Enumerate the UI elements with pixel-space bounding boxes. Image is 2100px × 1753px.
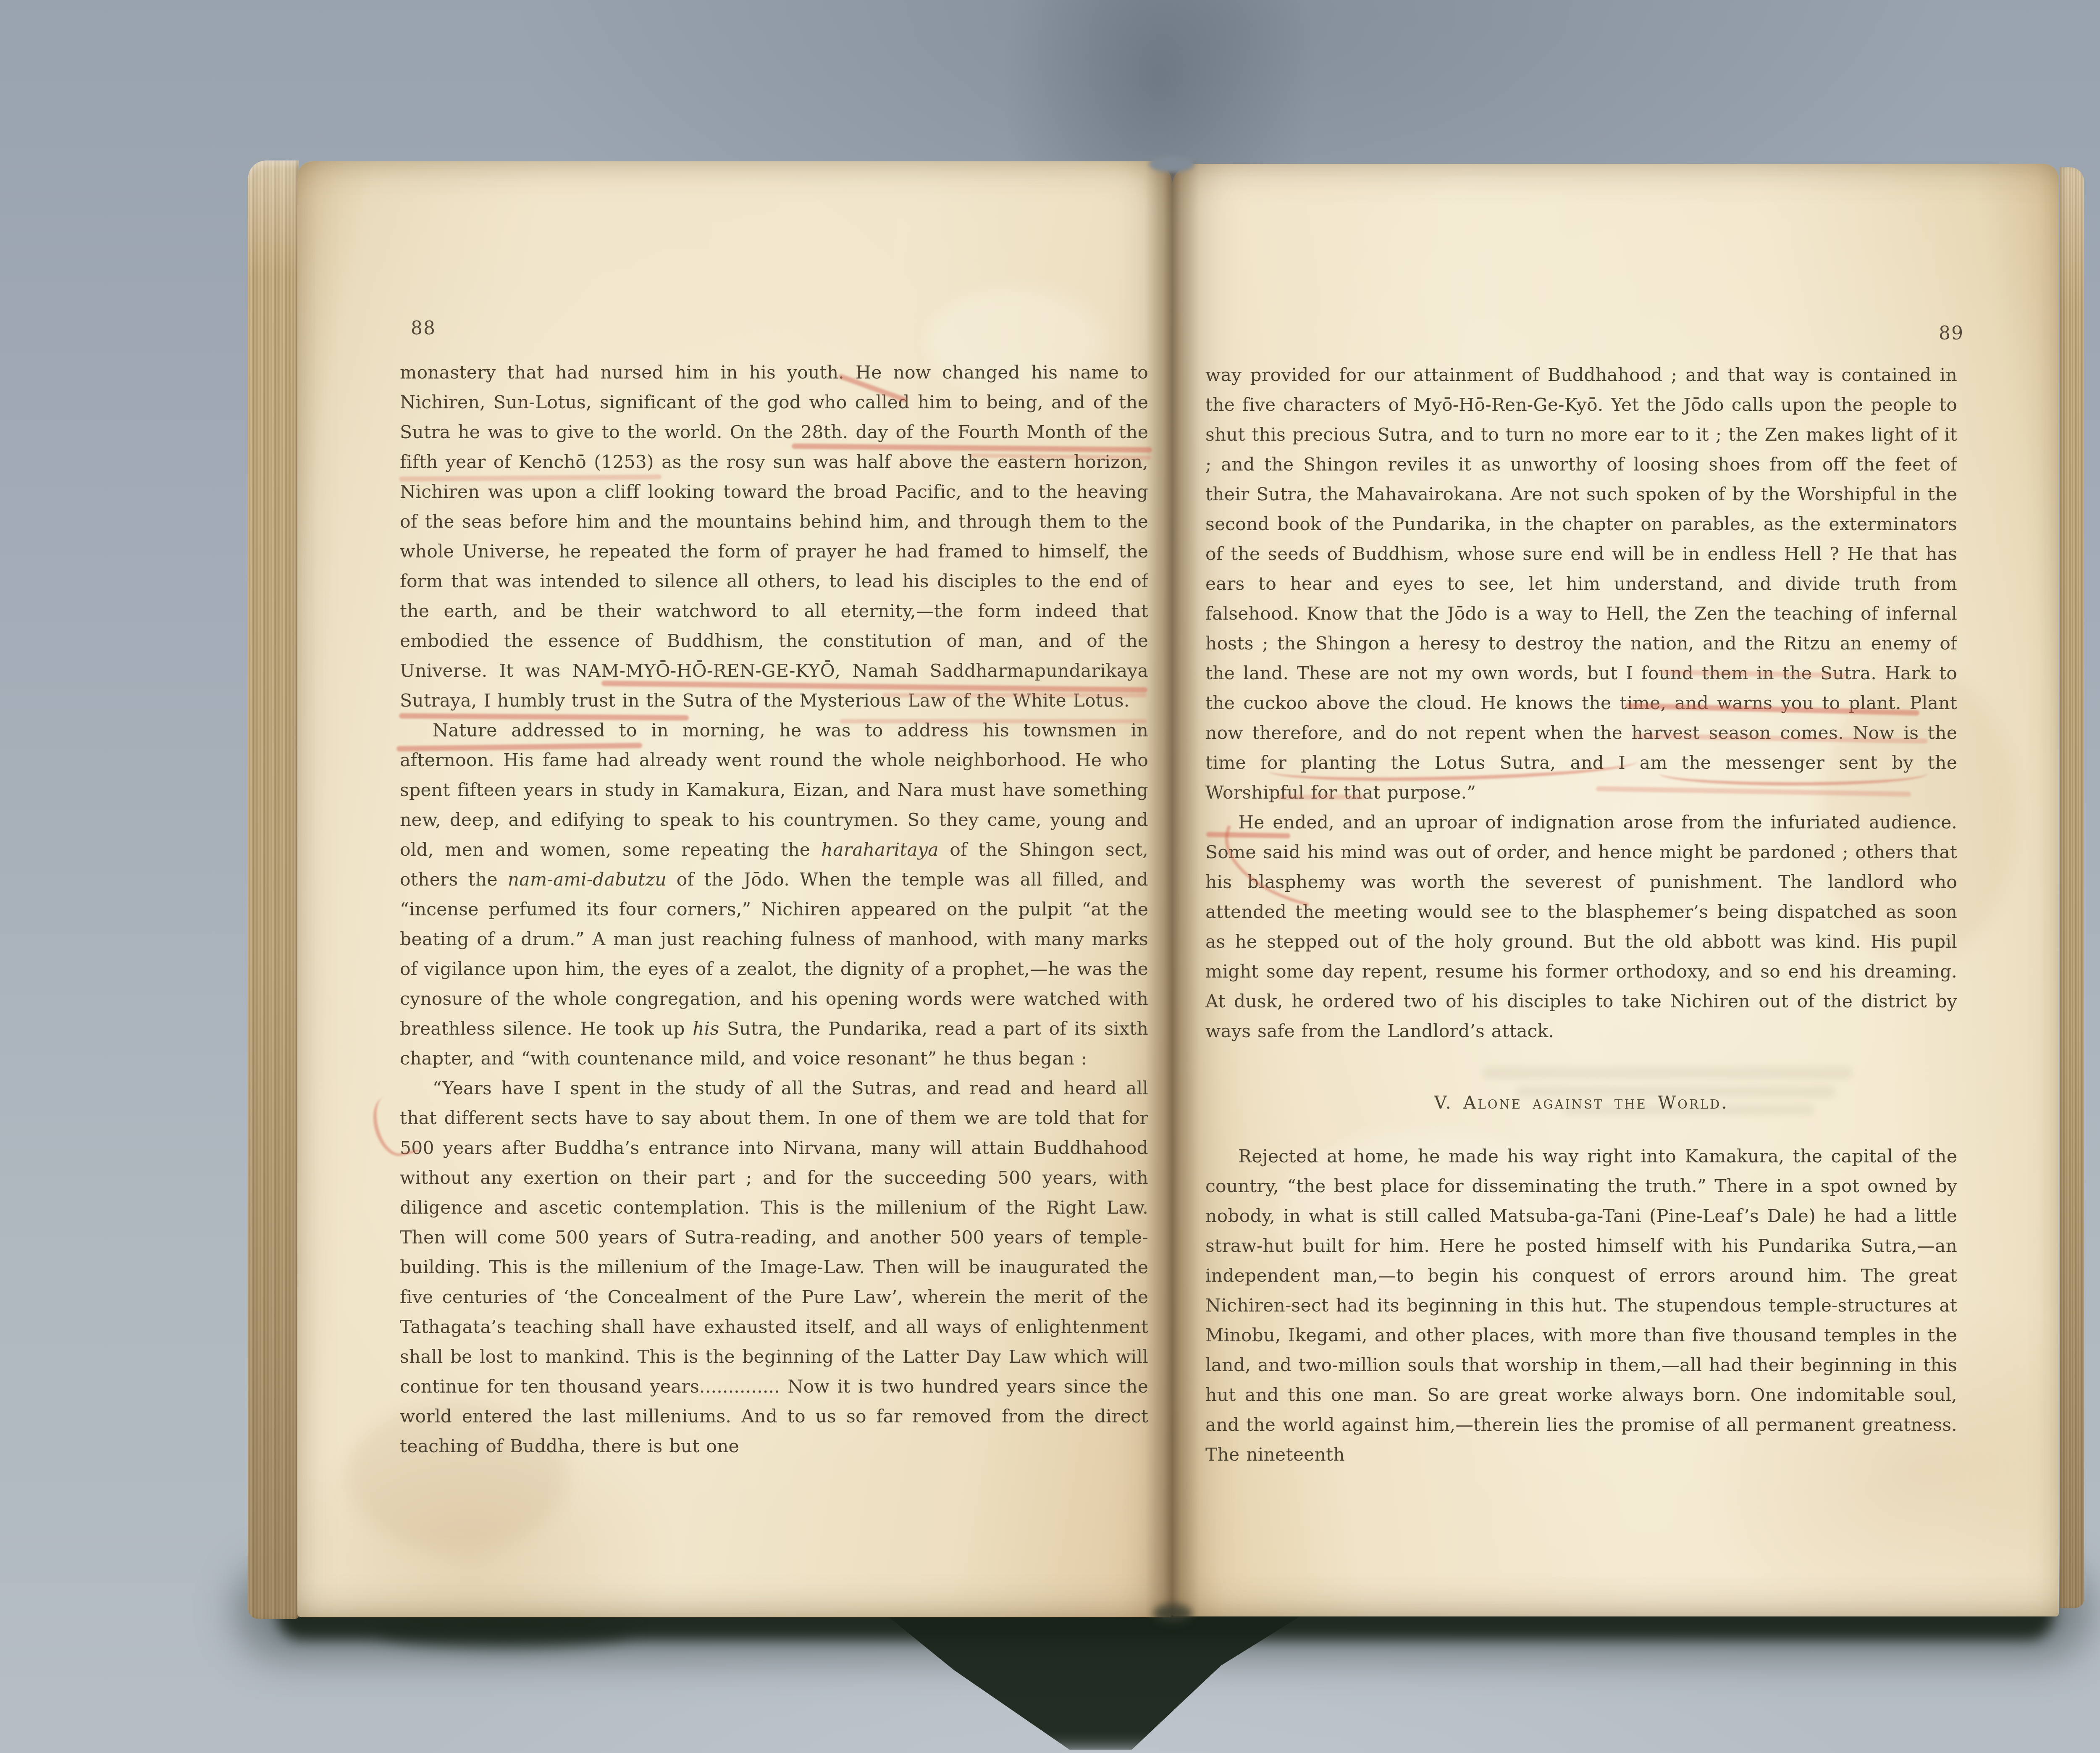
paragraph: He ended, and an uproar of indignation a… [1205, 808, 1957, 1046]
italic-term: his [693, 1019, 719, 1039]
paragraph: monastery that had nursed him in his you… [400, 358, 1148, 716]
paragraph: Rejected at home, he made his way right … [1205, 1142, 1957, 1470]
open-book: 88 monastery that had nursed him in his … [248, 160, 2084, 1622]
gutter-top-notch [1149, 156, 1194, 172]
page-89-text: way provided for our attainment of Buddh… [1205, 360, 1957, 1545]
red-pencil-underline [840, 719, 1147, 723]
book-shadow-tail [874, 1605, 1319, 1750]
italic-term: nam-ami-dabutzu [508, 870, 667, 890]
bleedthrough-smudge [1516, 1086, 1835, 1097]
red-pencil-underline [1277, 795, 1365, 799]
stacked-page-edges-left [248, 160, 299, 1619]
stacked-page-edges-right [2060, 167, 2084, 1608]
text-run: of the Jōdo. When the temple was all fil… [400, 870, 1148, 1039]
page-88: 88 monastery that had nursed him in his … [297, 161, 1172, 1617]
paragraph: “Years have I spent in the study of all … [400, 1074, 1148, 1461]
paragraph: Nature addressed to in morning, he was t… [400, 716, 1148, 1074]
italic-term: haraharitaya [822, 840, 939, 860]
red-pencil-stroke [1659, 761, 1928, 786]
photograph-of-open-book: 88 monastery that had nursed him in his … [0, 0, 2100, 1753]
gutter-bottom-shade [1153, 1604, 1192, 1623]
red-pencil-underline [882, 693, 1147, 697]
bleedthrough-smudge [1562, 1105, 1814, 1115]
bleedthrough-smudge [1483, 1067, 1852, 1079]
page-88-text: monastery that had nursed him in his you… [400, 358, 1148, 1543]
page-number-left: 88 [411, 318, 436, 339]
page-number-right: 89 [1877, 323, 1964, 344]
